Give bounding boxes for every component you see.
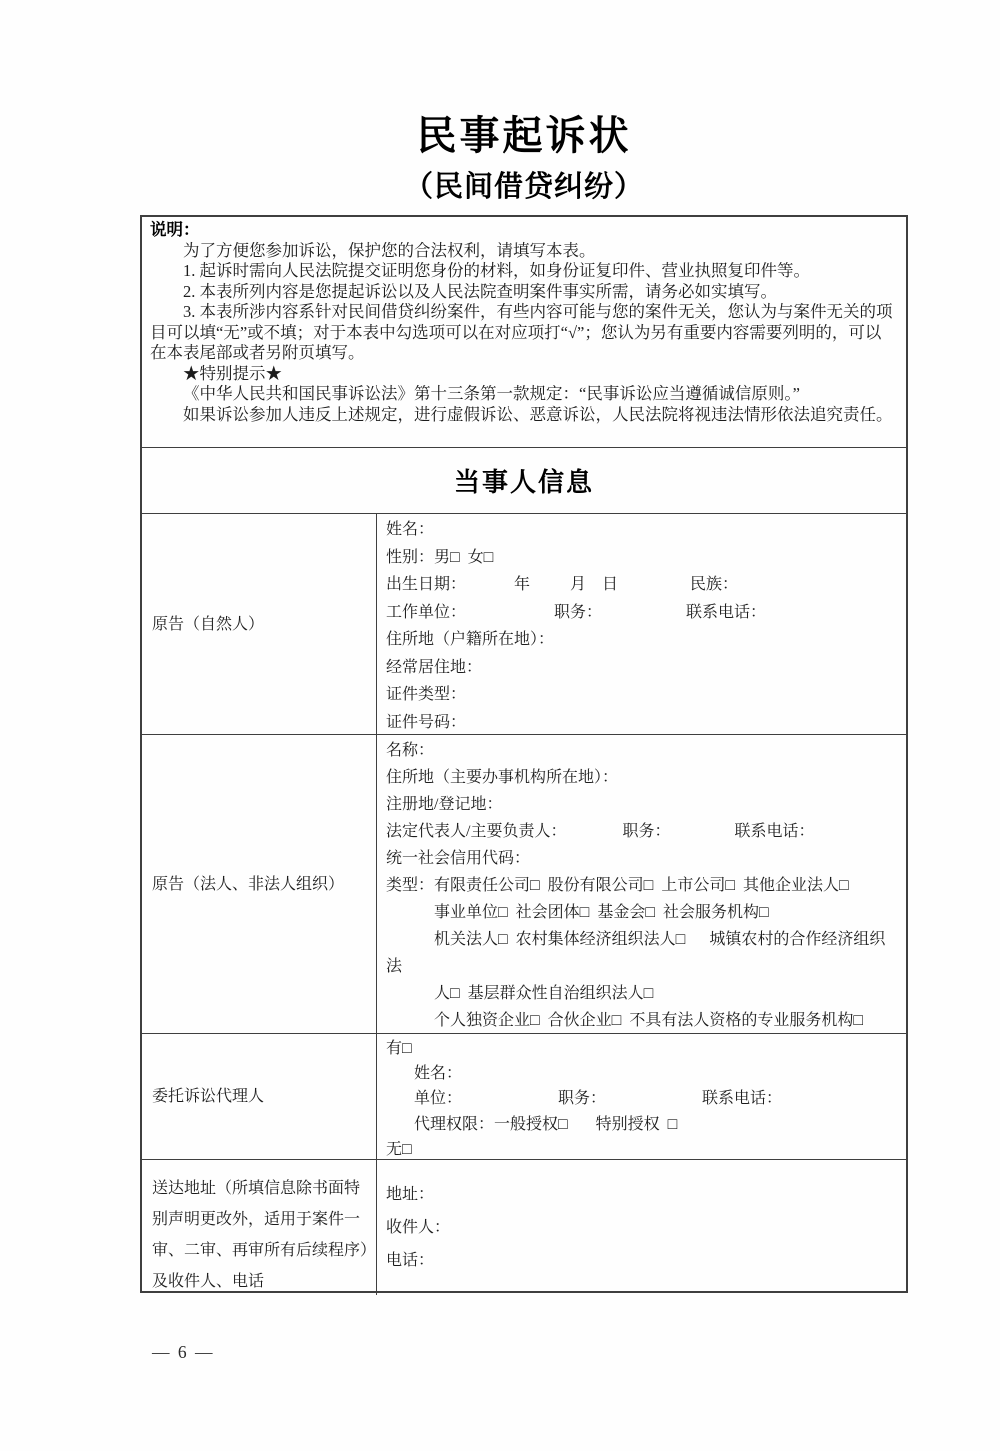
field-line: 统一社会信用代码： <box>386 845 898 872</box>
row-label: 委托诉讼代理人 <box>142 1034 377 1159</box>
field-line: 事业单位□ 社会团体□ 基金会□ 社会服务机构□ <box>386 899 898 926</box>
document-title: 民事起诉状 <box>140 112 908 160</box>
row-label: 原告（法人、非法人组织） <box>142 735 377 1033</box>
field-line: 人□ 基层群众性自治组织法人□ <box>386 980 898 1007</box>
field-line: 名称： <box>386 737 898 764</box>
field-line: 住所地（户籍所在地）： <box>386 626 898 654</box>
field-line: 地址： <box>386 1178 898 1211</box>
instructions-section: 说明： 为了方便您参加诉讼，保护您的合法权利，请填写本表。 1. 起诉时需向人民… <box>142 217 906 448</box>
instruction-paragraph: 为了方便您参加诉讼，保护您的合法权利，请填写本表。 <box>150 241 896 262</box>
row-service-address: 送达地址（所填信息除书面特别声明更改外，适用于案件一审、二审、再审所有后续程序）… <box>142 1160 906 1295</box>
field-line: 个人独资企业□ 合伙企业□ 不具有法人资格的专业服务机构□ <box>386 1007 898 1033</box>
field-line: 姓名： <box>386 1061 898 1086</box>
field-line: 电话： <box>386 1244 898 1277</box>
document-page: 民事起诉状 （民间借贷纠纷） 说明： 为了方便您参加诉讼，保护您的合法权利，请填… <box>0 0 1000 1451</box>
row-plaintiff-natural-person: 原告（自然人） 姓名： 性别：男□ 女□ 出生日期： 年 月 日 民族： 工作单… <box>142 514 906 735</box>
field-line: 注册地/登记地： <box>386 791 898 818</box>
field-line: 住所地（主要办事机构所在地）： <box>386 764 898 791</box>
field-line: 经常居住地： <box>386 654 898 682</box>
document-subtitle: （民间借贷纠纷） <box>140 167 908 207</box>
field-line: 机关法人□ 农村集体经济组织法人□ 城镇农村的合作经济组织法 <box>386 926 898 980</box>
field-line: 工作单位： 职务： 联系电话： <box>386 599 898 627</box>
field-line: 收件人： <box>386 1211 898 1244</box>
field-line: 类型：有限责任公司□ 股份有限公司□ 上市公司□ 其他企业法人□ <box>386 872 898 899</box>
form-table: 说明： 为了方便您参加诉讼，保护您的合法权利，请填写本表。 1. 起诉时需向人民… <box>140 215 908 1293</box>
field-line: 出生日期： 年 月 日 民族： <box>386 571 898 599</box>
instruction-paragraph: 《中华人民共和国民事诉讼法》第十三条第一款规定：“民事诉讼应当遵循诚信原则。” <box>150 384 896 405</box>
instruction-paragraph: ★特别提示★ <box>150 364 896 385</box>
field-line: 证件类型： <box>386 681 898 709</box>
field-line: 法定代表人/主要负责人： 职务： 联系电话： <box>386 818 898 845</box>
field-line: 无□ <box>386 1137 898 1159</box>
instruction-paragraph: 如果诉讼参加人违反上述规定，进行虚假诉讼、恶意诉讼，人民法院将视违法情形依法追究… <box>150 405 896 426</box>
field-line: 性别：男□ 女□ <box>386 544 898 572</box>
instruction-paragraph: 1. 起诉时需向人民法院提交证明您身份的材料，如身份证复印件、营业执照复印件等。 <box>150 261 896 282</box>
row-plaintiff-organization: 原告（法人、非法人组织） 名称： 住所地（主要办事机构所在地）： 注册地/登记地… <box>142 735 906 1034</box>
section-header-party-info: 当事人信息 <box>142 448 906 514</box>
field-line: 单位： 职务： 联系电话： <box>386 1086 898 1111</box>
row-label: 送达地址（所填信息除书面特别声明更改外，适用于案件一审、二审、再审所有后续程序）… <box>142 1160 377 1295</box>
row-fields: 有□ 姓名： 单位： 职务： 联系电话： 代理权限：一般授权□ 特别授权 □ 无… <box>377 1034 906 1159</box>
page-number: — 6 — <box>152 1341 215 1363</box>
field-line: 代理权限：一般授权□ 特别授权 □ <box>386 1112 898 1137</box>
field-line: 证件号码： <box>386 709 898 735</box>
row-litigation-agent: 委托诉讼代理人 有□ 姓名： 单位： 职务： 联系电话： 代理权限：一般授权□ … <box>142 1034 906 1160</box>
row-label: 原告（自然人） <box>142 514 377 734</box>
instruction-paragraph: 2. 本表所列内容是您提起诉讼以及人民法院查明案件事实所需，请务必如实填写。 <box>150 282 896 303</box>
field-line: 姓名： <box>386 516 898 544</box>
instruction-paragraph: 3. 本表所涉内容系针对民间借贷纠纷案件，有些内容可能与您的案件无关，您认为与案… <box>150 302 896 364</box>
row-fields: 地址： 收件人： 电话： <box>377 1160 906 1295</box>
instructions-heading: 说明： <box>150 220 896 241</box>
field-line: 有□ <box>386 1036 898 1061</box>
row-fields: 名称： 住所地（主要办事机构所在地）： 注册地/登记地： 法定代表人/主要负责人… <box>377 735 906 1033</box>
row-fields: 姓名： 性别：男□ 女□ 出生日期： 年 月 日 民族： 工作单位： 职务： 联… <box>377 514 906 734</box>
